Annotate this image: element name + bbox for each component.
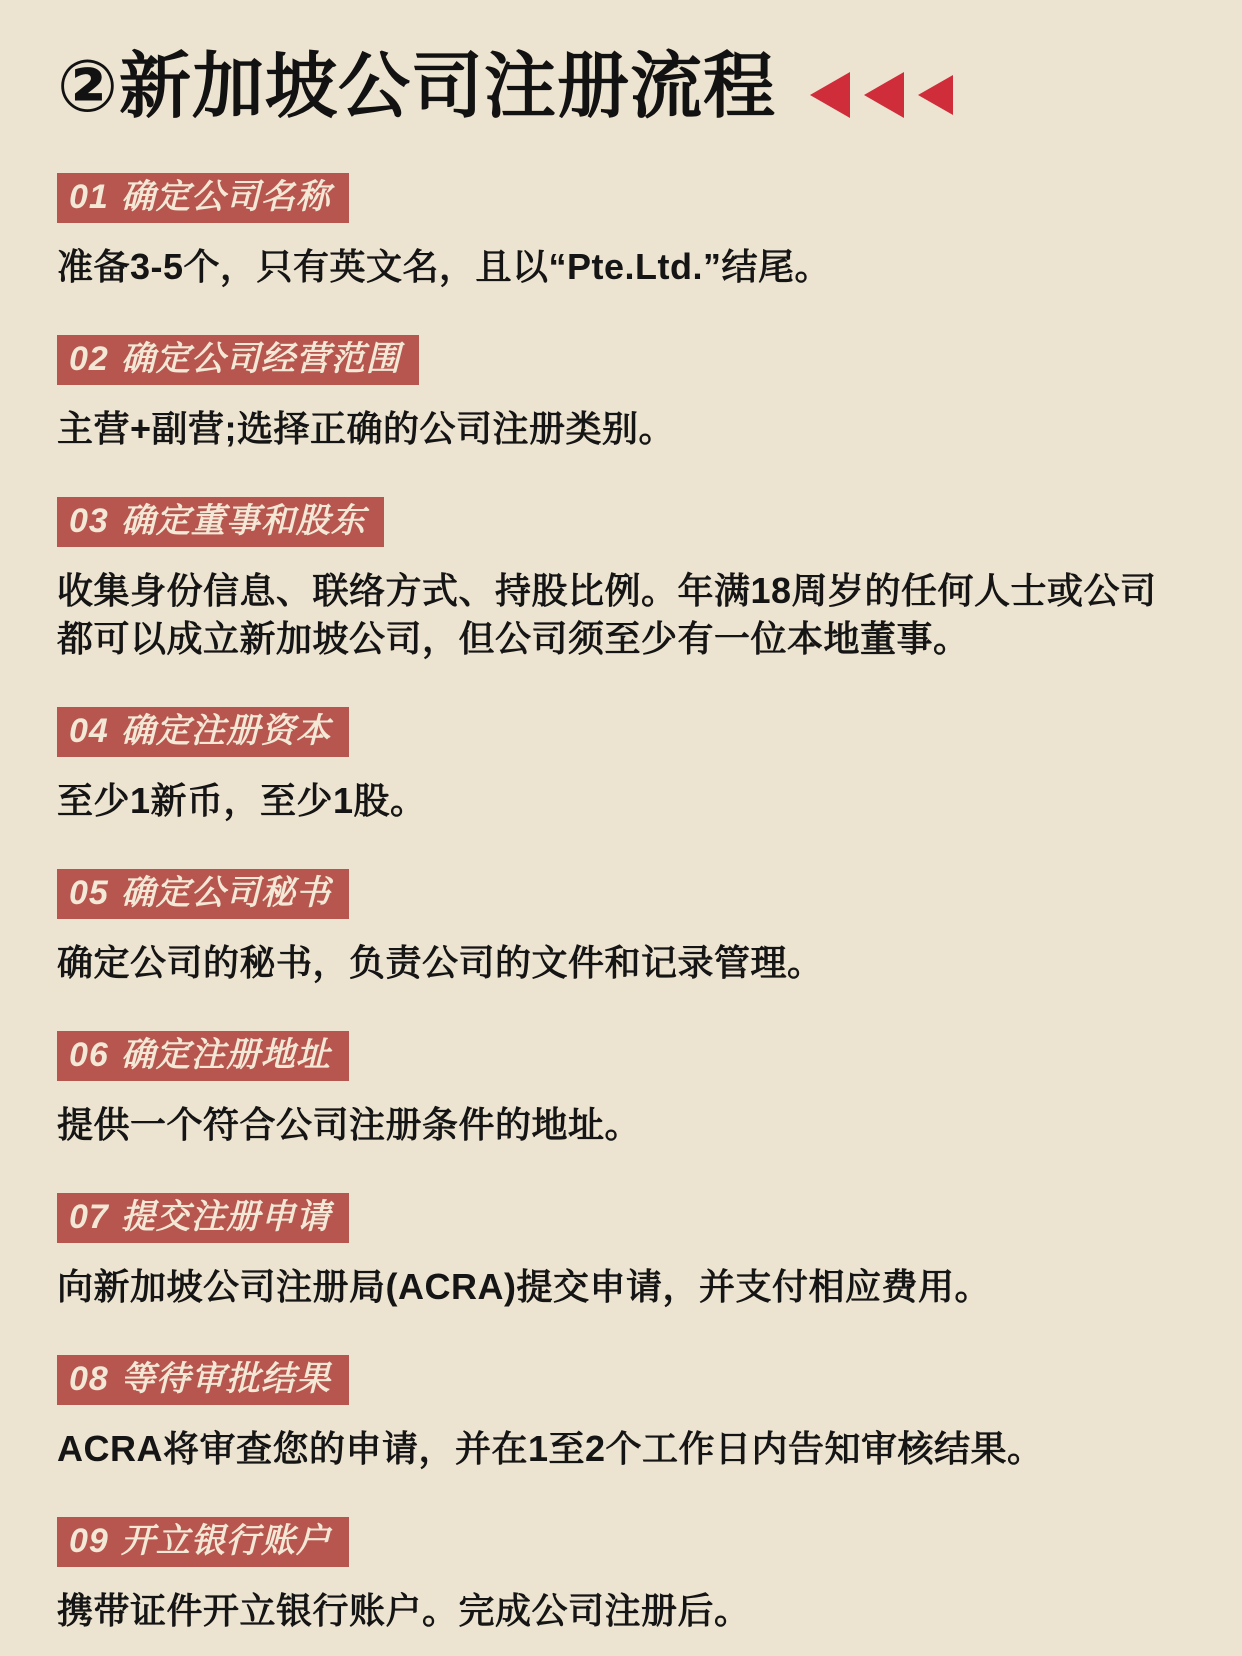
step-07: 07提交注册申请 向新加坡公司注册局(ACRA)提交申请，并支付相应费用。 <box>57 1193 1185 1311</box>
header: ②新加坡公司注册流程 <box>57 48 1185 127</box>
step-number: 03 <box>69 502 109 540</box>
step-description: ACRA将审查您的申请，并在1至2个工作日内告知审核结果。 <box>57 1425 1185 1473</box>
step-number: 06 <box>69 1036 109 1074</box>
step-description: 确定公司的秘书，负责公司的文件和记录管理。 <box>57 939 1185 987</box>
step-number: 02 <box>69 340 109 378</box>
step-number: 09 <box>69 1522 109 1560</box>
step-badge: 01确定公司名称 <box>57 173 349 223</box>
step-number: 07 <box>69 1198 109 1236</box>
infographic-page: ②新加坡公司注册流程 01确定公司名称 准备3-5个，只有英文名，且以“Pte.… <box>0 0 1242 1656</box>
page-title: ②新加坡公司注册流程 <box>57 48 776 127</box>
step-02: 02确定公司经营范围 主营+副营;选择正确的公司注册类别。 <box>57 335 1185 453</box>
step-number: 05 <box>69 874 109 912</box>
step-03: 03确定董事和股东 收集身份信息、联络方式、持股比例。年满18周岁的任何人士或公… <box>57 497 1185 663</box>
step-09: 09开立银行账户 携带证件开立银行账户。完成公司注册后。 <box>57 1517 1185 1635</box>
step-description: 向新加坡公司注册局(ACRA)提交申请，并支付相应费用。 <box>57 1263 1185 1311</box>
step-description: 提供一个符合公司注册条件的地址。 <box>57 1101 1185 1149</box>
step-badge: 03确定董事和股东 <box>57 497 384 547</box>
step-08: 08等待审批结果 ACRA将审查您的申请，并在1至2个工作日内告知审核结果。 <box>57 1355 1185 1473</box>
step-number: 08 <box>69 1360 109 1398</box>
step-description: 收集身份信息、联络方式、持股比例。年满18周岁的任何人士或公司 都可以成立新加坡… <box>57 567 1185 663</box>
step-badge: 05确定公司秘书 <box>57 869 349 919</box>
step-description: 携带证件开立银行账户。完成公司注册后。 <box>57 1587 1185 1635</box>
step-title: 开立银行账户 <box>121 1522 331 1560</box>
step-number: 04 <box>69 712 109 750</box>
step-title: 确定注册地址 <box>121 1036 331 1074</box>
step-badge: 04确定注册资本 <box>57 707 349 757</box>
step-description: 至少1新币，至少1股。 <box>57 777 1185 825</box>
step-badge: 07提交注册申请 <box>57 1193 349 1243</box>
step-badge: 02确定公司经营范围 <box>57 335 419 385</box>
step-title: 确定注册资本 <box>121 712 331 750</box>
step-description: 准备3-5个，只有英文名，且以“Pte.Ltd.”结尾。 <box>57 243 1185 291</box>
step-description: 主营+副营;选择正确的公司注册类别。 <box>57 405 1185 453</box>
step-badge: 06确定注册地址 <box>57 1031 349 1081</box>
step-title: 确定董事和股东 <box>121 502 366 540</box>
left-triangle-icon <box>864 72 904 118</box>
step-05: 05确定公司秘书 确定公司的秘书，负责公司的文件和记录管理。 <box>57 869 1185 987</box>
step-title: 确定公司名称 <box>121 178 331 216</box>
step-title: 确定公司经营范围 <box>121 340 401 378</box>
step-title: 等待审批结果 <box>121 1360 331 1398</box>
step-06: 06确定注册地址 提供一个符合公司注册条件的地址。 <box>57 1031 1185 1149</box>
step-title: 确定公司秘书 <box>121 874 331 912</box>
step-number: 01 <box>69 178 109 216</box>
triangle-decoration <box>810 72 953 118</box>
step-badge: 09开立银行账户 <box>57 1517 349 1567</box>
left-triangle-icon <box>810 72 850 118</box>
step-04: 04确定注册资本 至少1新币，至少1股。 <box>57 707 1185 825</box>
step-01: 01确定公司名称 准备3-5个，只有英文名，且以“Pte.Ltd.”结尾。 <box>57 173 1185 291</box>
step-title: 提交注册申请 <box>121 1198 331 1236</box>
step-badge: 08等待审批结果 <box>57 1355 349 1405</box>
left-triangle-icon <box>918 75 953 115</box>
